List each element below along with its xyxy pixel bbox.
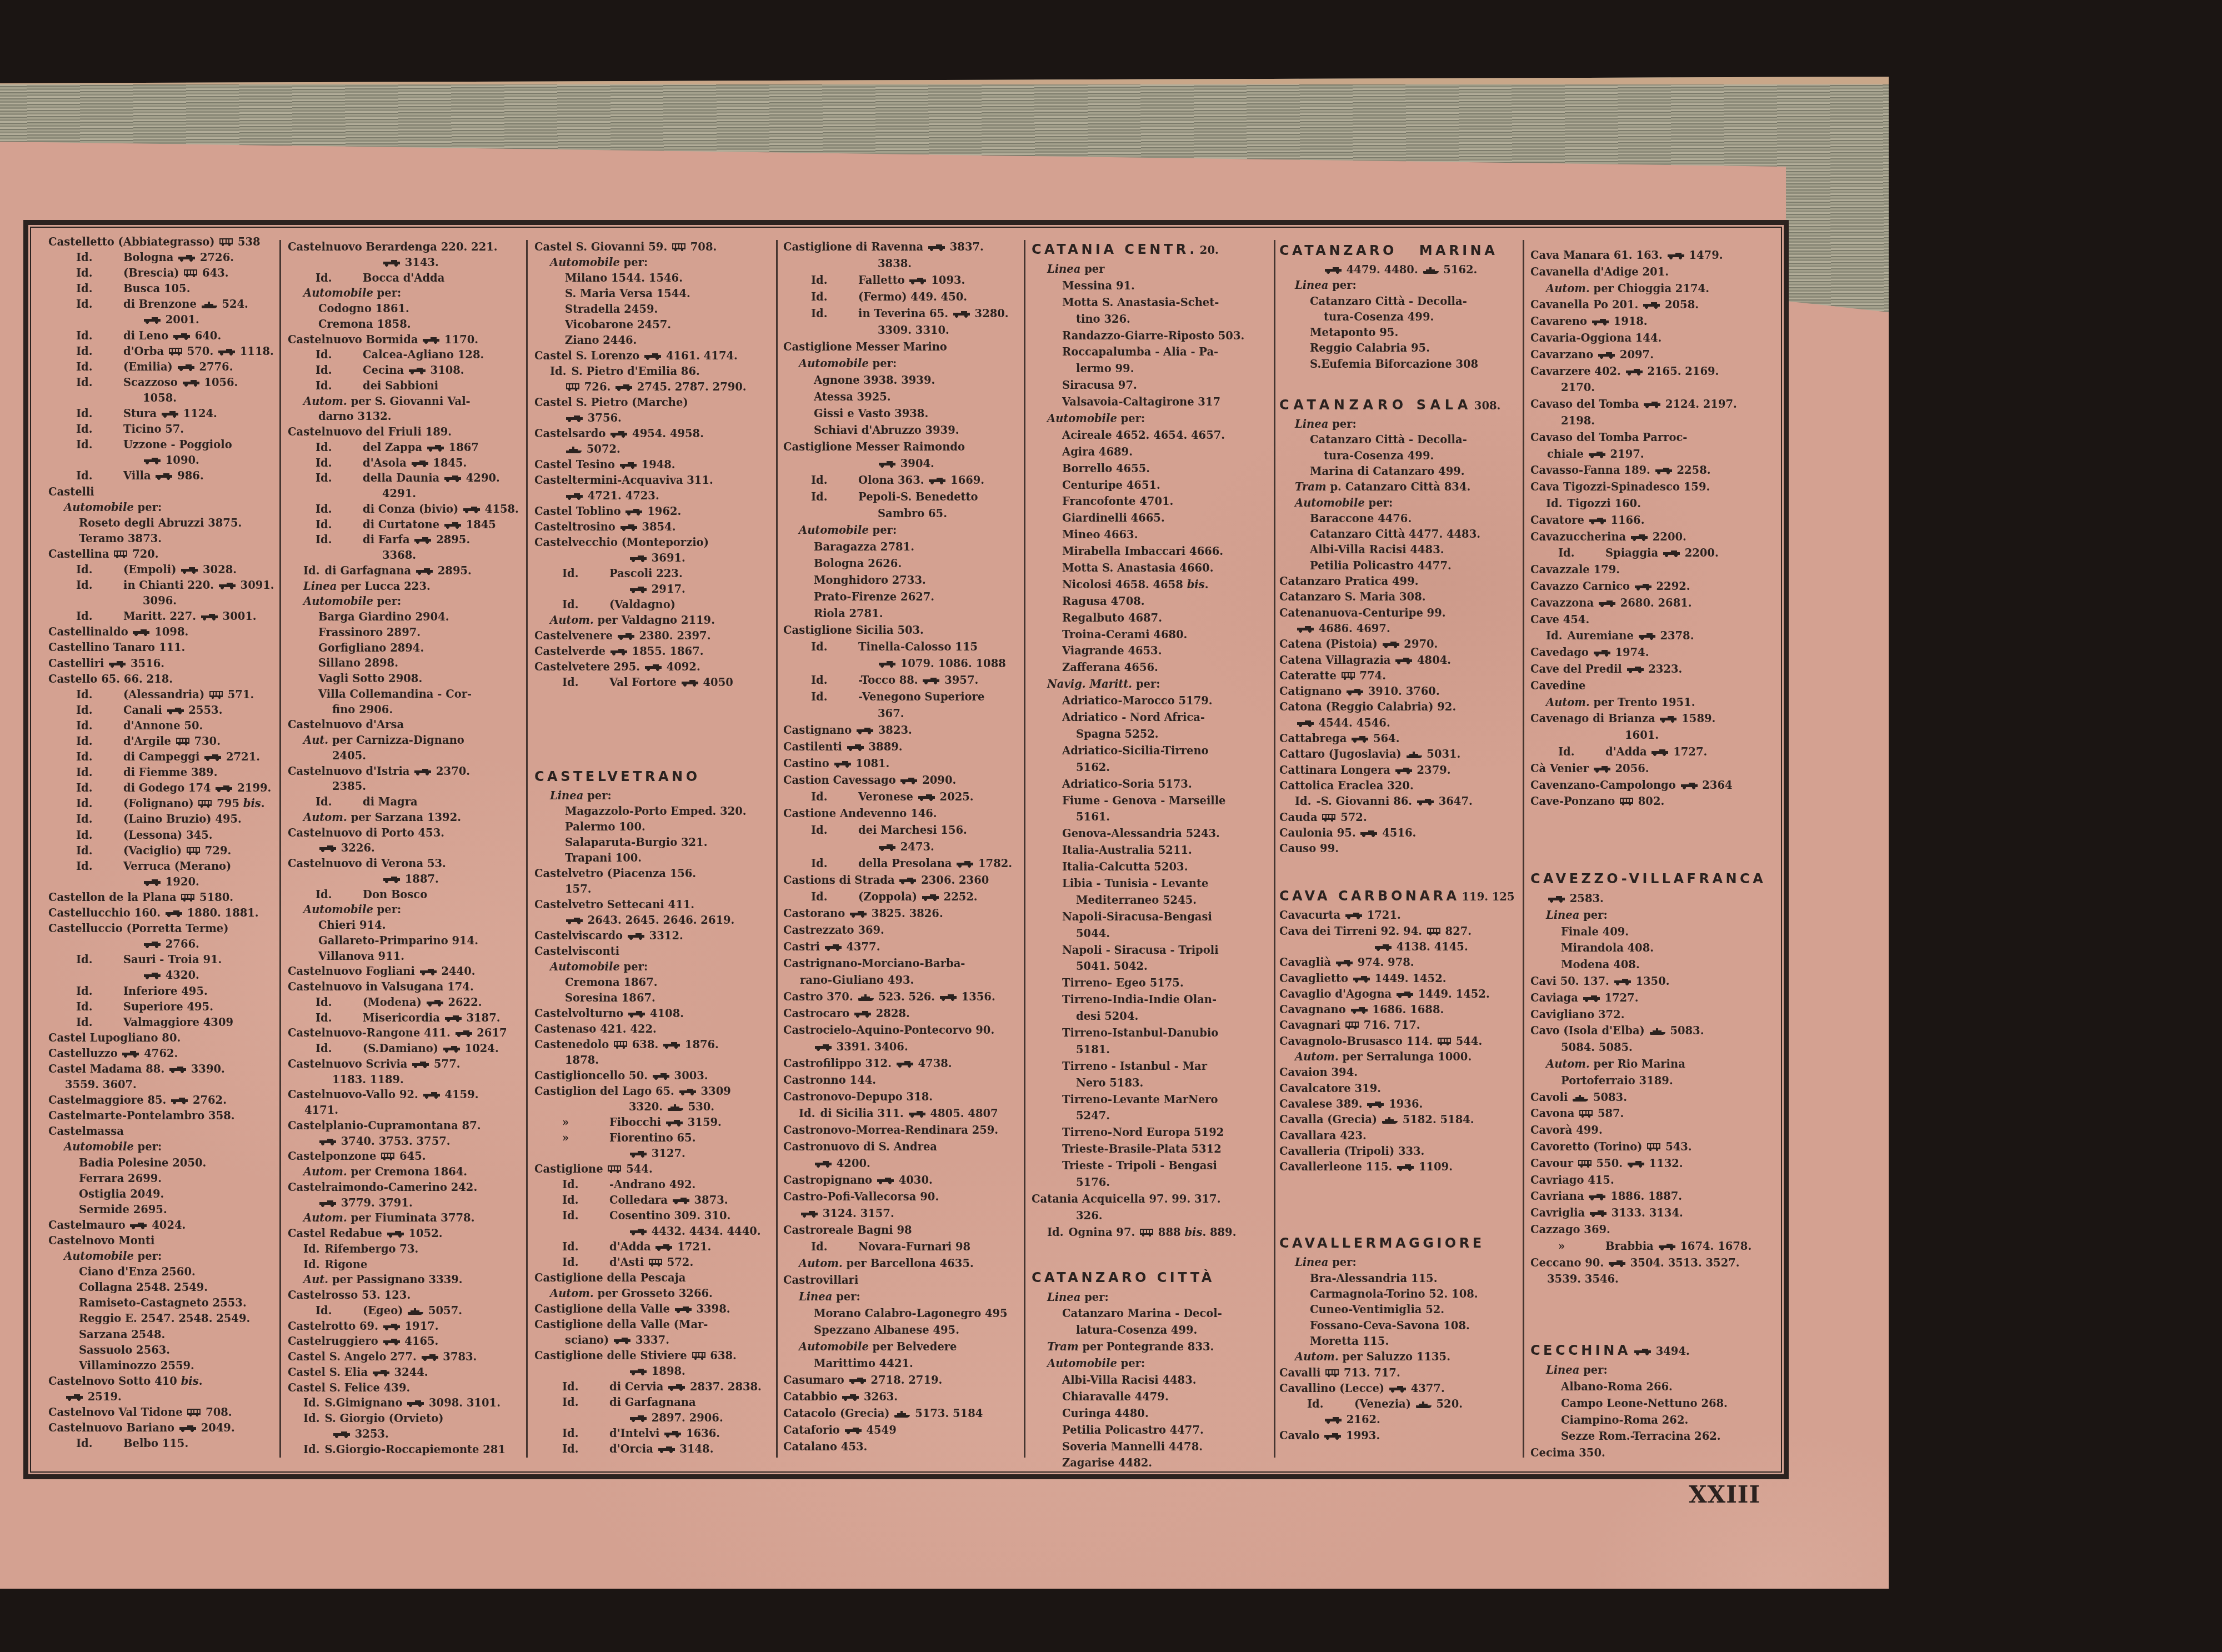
automobile-icon (1353, 976, 1370, 983)
entry-text: Cosentino 309. 310. (609, 1209, 730, 1222)
entry-text: Mirabella Imbaccari 4666. (1062, 545, 1223, 558)
station-entry: Castelliri 3516. (48, 656, 277, 672)
destination-entry: Curinga 4480. (1032, 1405, 1272, 1422)
automobile-icon (1639, 633, 1655, 640)
automobile-icon (1367, 1102, 1384, 1108)
station-subentry: Id.di Curtatone 1845 (288, 517, 524, 533)
station-entry: Castel S. Giovanni 59. 708. (534, 239, 774, 255)
station-entry: Castenaso 421. 422. (534, 1022, 774, 1037)
entry-text: 1058. (143, 392, 177, 404)
station-subentry: »Fibocchi 3159. (534, 1115, 774, 1130)
automobile-icon (167, 708, 184, 714)
station-entry: Castilenti 3889. (783, 739, 1022, 755)
entry-text: Castel Redabue 1052. (288, 1227, 443, 1240)
destination-entry: Salaparuta-Burgio 321. (534, 835, 774, 850)
station-entry: Castropignano 4030. (783, 1172, 1022, 1189)
automobile-icon (825, 944, 842, 951)
destination-entry: Baragazza 2781. (783, 539, 1022, 555)
entry-text: Castelvisconti (534, 945, 619, 958)
station-entry: Castelnuovo Bariano 2049. (48, 1420, 277, 1436)
continuation-line: 5161. (1032, 809, 1272, 825)
station-entry: Castelvisconti (534, 944, 774, 959)
station-subentry: Id.d'Adda 1727. (1530, 744, 1783, 760)
station-entry: Cavoli 5083. (1530, 1089, 1783, 1106)
entry-text: Finale 409. (1561, 925, 1629, 938)
station-subentry: Id.Tinella-Calosso 115 (783, 639, 1022, 655)
entry-text: Autom. per Chioggia 2174. (1546, 282, 1709, 295)
destination-entry: Morano Calabro-Lagonegro 495 (783, 1305, 1022, 1322)
entry-text: 20. (1200, 244, 1219, 257)
entry-text: Castino 1081. (783, 757, 889, 770)
station-entry: Castel Redabue 1052. (288, 1226, 524, 1241)
station-entry: Cavazzona 2680. 2681. (1530, 595, 1783, 612)
entry-text: 2519. (65, 1390, 122, 1403)
station-entry: Castiglione della Valle 3398. (534, 1301, 774, 1317)
service-label: Automobile per: (1032, 411, 1272, 427)
destination-entry: Teramo 3873. (48, 531, 277, 547)
entry-text: Colledara 3873. (609, 1194, 728, 1207)
station-subentry: Id.del Zappa 1867 (288, 440, 524, 455)
entry-text: Viagrande 4653. (1062, 644, 1162, 657)
destination-entry: darno 3132. (288, 409, 524, 424)
automobile-icon (1360, 830, 1377, 837)
continuation-line: 1887. (288, 872, 524, 887)
ditto-label: Id. (562, 597, 579, 613)
ditto-label: Id. (316, 455, 332, 471)
destination-entry: 2170. (1530, 379, 1783, 396)
entry-text: Cavagnano 1686. 1688. (1279, 1003, 1444, 1016)
entry-text: Cavalleria (Tripoli) 333. (1279, 1145, 1424, 1158)
tramway-icon (1342, 672, 1355, 680)
entry-text: Metaponto 95. (1310, 326, 1398, 339)
entry-text: Zafferana 4656. (1062, 661, 1158, 674)
destination-entry: Cremona 1867. (534, 975, 774, 990)
entry-text: Tirreno- Egeo 5175. (1062, 977, 1184, 989)
entry-text: Villanova 911. (318, 950, 404, 963)
service-label: Autom. per Sarzana 1392. (288, 810, 524, 825)
entry-text: Castellucchio 160. 1880. 1881. (48, 907, 259, 919)
destination-entry: 3226. (288, 840, 524, 856)
ditto-label: Id. (303, 1412, 320, 1425)
station-entry: Castiglioncello 50. 3003. (534, 1068, 774, 1084)
destination-entry: Milano 1544. 1546. (534, 271, 774, 286)
entry-text: 3559. 3607. (65, 1078, 137, 1091)
junction-heading: CATANZARO SALA308. (1279, 393, 1522, 417)
entry-text: Soresina 1867. (565, 992, 655, 1004)
entry-text: 2766. (143, 938, 199, 950)
station-subentry: Id.Olona 363. 1669. (783, 472, 1022, 489)
entry-text: Castronovo-Morrea-Rendinara 259. (783, 1124, 998, 1137)
station-subentry: Id.di Conza (bivio) 4158. (288, 502, 524, 517)
automobile-icon (630, 1369, 647, 1375)
entry-text: Castelnuovo Scrivia 577. (288, 1058, 461, 1070)
entry-text: 4432. 4434. 4440. (629, 1225, 761, 1238)
entry-text: Cauda 572. (1279, 811, 1367, 824)
entry-text: Castenedolo 638. 1876. (534, 1038, 719, 1051)
entry-text: Cavaglio d'Agogna 1449. 1452. (1279, 988, 1490, 1000)
entry-text: tino 326. (1076, 313, 1130, 326)
entry-text: 326. (1076, 1209, 1103, 1222)
entry-text: S. Giorgio (Orvieto) (325, 1412, 444, 1425)
station-entry: Castelmaggiore 85. 2762. (48, 1093, 277, 1108)
station-entry: Castello 65. 66. 218. (48, 672, 277, 687)
station-entry: Cavi 50. 137. 1350. (1530, 973, 1783, 990)
junction-heading: CAVA CARBONARA119. 125 (1279, 884, 1522, 908)
entry-text: S. Pietro d'Emilia 86. (572, 365, 700, 378)
entry-text: Scazzoso 1056. (123, 376, 238, 389)
automobile-icon (319, 1139, 336, 1145)
station-entry: Castel S. Felice 439. (288, 1380, 524, 1396)
station-entry: Castelraimondo-Camerino 242. (288, 1180, 524, 1195)
entry-text: Ognina 97. 888 bis. 889. (1069, 1226, 1237, 1239)
service-label: Linea per: (1279, 1255, 1522, 1270)
station-entry: Castelmassa (48, 1124, 277, 1139)
station-entry: Cavona 587. (1530, 1105, 1783, 1122)
automobile-icon (1599, 600, 1615, 607)
station-entry: Cavarzano 2097. (1530, 347, 1783, 363)
service-label: Automobile per: (48, 1139, 277, 1155)
automobile-icon (614, 1338, 630, 1344)
index-column-7: Cava Manara 61. 163. 1479.Cavanella d'Ad… (1530, 247, 1783, 1461)
destination-entry: Barga Giardino 2904. (288, 609, 524, 625)
ditto-label: Id. (1307, 1396, 1324, 1412)
entry-text: Automobile per: (1047, 1357, 1145, 1370)
entry-text: dei Sabbioni (363, 379, 438, 392)
automobile-icon (909, 278, 926, 284)
automobile-icon (1655, 468, 1672, 474)
service-label: Aut. per Carnizza-Dignano (288, 733, 524, 748)
entry-text: Autom. per Trento 1951. (1546, 696, 1695, 709)
station-subentry: Id.Valmaggiore 4309 (48, 1015, 277, 1030)
italic-text: Automobile (303, 903, 373, 916)
entry-text: Chieri 914. (318, 919, 386, 932)
entry-text: Trieste - Tripoli - Bengasi (1062, 1159, 1217, 1172)
station-entry: Castelrosso 53. 123. (288, 1288, 524, 1303)
continuation-line: 2897. 2906. (534, 1410, 774, 1426)
entry-text: Monghidoro 2733. (814, 574, 926, 587)
entry-text: Motta S. Anastasia-Schet- (1062, 296, 1219, 309)
entry-text: Valmaggiore 4309 (123, 1016, 233, 1029)
entry-text: Albi-Villa Racisi 4483. (1062, 1374, 1197, 1386)
automobile-icon (130, 1223, 147, 1229)
entry-text: Schiavi d'Abruzzo 3939. (814, 424, 959, 437)
station-subentry: »Brabbia 1674. 1678. (1530, 1238, 1783, 1255)
entry-text: Borrello 4655. (1062, 462, 1150, 475)
station-entry: Cavo (Isola d'Elba) 5083. (1530, 1023, 1783, 1039)
automobile-icon (628, 933, 644, 940)
station-entry: Castellino Tanaro 111. (48, 640, 277, 655)
automobile-icon (423, 1092, 440, 1099)
entry-text: di Garfagnana (609, 1396, 696, 1409)
automobile-icon (219, 583, 236, 589)
continuation-line: 1898. (534, 1364, 774, 1379)
entry-text: Castellon de la Plana 5180. (48, 891, 233, 904)
entry-text: 4171. (304, 1104, 338, 1117)
entry-text: Gissi e Vasto 3938. (814, 407, 928, 420)
service-label: Autom. per Barcellona 4635. (783, 1255, 1022, 1272)
station-subentry: Id.Bocca d'Adda (288, 271, 524, 286)
ditto-label: Id. (562, 1177, 579, 1193)
destination-entry: Bra-Alessandria 115. (1279, 1271, 1522, 1286)
entry-text: 5044. (1076, 927, 1110, 940)
italic-text: Autom. (1295, 1050, 1339, 1063)
automobile-icon (630, 1229, 647, 1235)
entry-text: Automobile per Belvedere (799, 1340, 957, 1353)
station-entry: Cateratte 774. (1279, 668, 1522, 684)
continuation-line: 326. (1032, 1208, 1272, 1224)
entry-text: Canali 2553. (123, 704, 222, 717)
automobile-icon (1643, 302, 1660, 309)
station-entry: Castrovillari (783, 1272, 1022, 1289)
automobile-icon (668, 1384, 685, 1391)
station-subentry: Id.Inferiore 495. (48, 984, 277, 999)
service-label: Automobile per: (1032, 1355, 1272, 1372)
tramway-icon (1620, 798, 1633, 805)
entry-text: Brabbia 1674. 1678. (1605, 1240, 1751, 1253)
italic-text: Linea (303, 580, 337, 593)
station-entry: Cavaglio d'Agogna 1449. 1452. (1279, 987, 1522, 1002)
destination-entry: S.Eufemia Biforcazione 308 (1279, 357, 1522, 372)
automobile-icon (918, 794, 935, 801)
station-subentry: Id.dei Marchesi 156. (783, 822, 1022, 839)
continuation-line: 2405. (288, 748, 524, 764)
station-subentry: Id.in Teverina 65. 3280. (783, 306, 1022, 322)
station-entry: Casteltermini-Acquaviva 311. (534, 473, 774, 488)
ditto-label: Id. (316, 887, 332, 903)
entry-text: Cattinara Longera 2379. (1279, 764, 1451, 777)
entry-text: Cavi 50. 137. 1350. (1530, 975, 1670, 988)
entry-text: Cavalo 1993. (1279, 1429, 1380, 1442)
station-entry: Castel Lupogliano 80. (48, 1030, 277, 1046)
continuation-line: 3368. (288, 548, 524, 563)
entry-text: Fibocchi 3159. (609, 1116, 722, 1129)
automobile-icon (444, 475, 461, 482)
entry-text: S. Maria Versa 1544. (565, 287, 690, 300)
continuation-line: tino 326. (1032, 311, 1272, 328)
entry-text: Codogno 1861. (318, 302, 409, 315)
station-entry: Castelnuovo Fogliani 2440. (288, 964, 524, 979)
automobile-icon (847, 744, 864, 751)
junction-heading: CAVEZZO-VILLAFRANCA (1530, 867, 1783, 890)
entry-text: Cavanella d'Adige 201. (1530, 266, 1669, 278)
entry-text: Morano Calabro-Lagonegro 495 (814, 1307, 1008, 1320)
entry-text: Castelnuovo Berardenga 220. 221. (288, 241, 498, 253)
station-entry: Cavenago di Brianza 1589. (1530, 710, 1783, 727)
junction-heading: CATANZARO MARINA (1279, 239, 1522, 262)
station-entry: Cattabrega 564. (1279, 731, 1522, 747)
station-entry: Castions di Strada 2306. 2360 (783, 872, 1022, 889)
entry-text: Cremona 1867. (565, 976, 658, 989)
entry-text: Albi-Villa Racisi 4483. (1310, 543, 1444, 556)
steamship-icon (1416, 1401, 1432, 1408)
entry-text: Castelmauro 4024. (48, 1219, 186, 1232)
entry-text: Cavaso del Tomba Parroc- (1530, 431, 1687, 444)
station-entry: Castel Tesino 1948. (534, 457, 774, 473)
ditto-label: Id. (303, 1443, 320, 1456)
entry-text: Cava Manara 61. 163. 1479. (1530, 249, 1723, 262)
entry-text: d'Orcia 3148. (609, 1443, 713, 1455)
entry-text: Magazzolo-Porto Emped. 320. (565, 805, 747, 818)
entry-text: (Lessona) 345. (123, 829, 213, 842)
automobile-icon (218, 349, 235, 356)
continuation-line: 4686. 4697. (1279, 621, 1522, 637)
entry-text: Cavoli 5083. (1530, 1091, 1627, 1104)
station-entry: Catona (Reggio Calabria) 92. (1279, 699, 1522, 715)
station-entry: Cazzago 369. (1530, 1222, 1783, 1238)
continuation-line: 5041. 5042. (1032, 958, 1272, 975)
italic-text: Automobile (64, 501, 134, 514)
ditto-label: Id. (303, 564, 320, 577)
entry-text: Tinella-Calosso 115 (858, 640, 978, 653)
automobile-icon (1347, 689, 1363, 695)
station-subentry: Id.di Garfagnana 2895. (288, 563, 524, 579)
station-subentry: Id.(Emilia) 2776. (48, 359, 277, 375)
entry-text: (Emilia) 2776. (123, 361, 233, 373)
destination-entry: Adriatico - Nord Africa- (1032, 709, 1272, 726)
station-subentry: Id.d'Orba 570. 1118. (48, 344, 277, 359)
entry-text: Casumaro 2718. 2719. (783, 1374, 942, 1386)
ditto-label: Id. (550, 365, 567, 378)
entry-text: Tirreno-India-Indie Olan- (1062, 993, 1217, 1006)
entry-text: 3691. (629, 552, 685, 564)
entry-text: Catanzaro S. Maria 308. (1279, 590, 1426, 603)
entry-text: Catabbio 3263. (783, 1390, 898, 1403)
ditto-label: » (562, 1115, 569, 1130)
station-subentry: Id.d'Argile 730. (48, 734, 277, 749)
tramway-icon (1647, 1143, 1660, 1151)
entry-text: Verruca (Merano) (123, 860, 231, 873)
station-entry: Castel S. Elia 3244. (288, 1365, 524, 1380)
entry-text: Stradella 2459. (565, 303, 658, 316)
ditto-label: Id. (562, 1255, 579, 1270)
station-subentry: Id.Bologna 2726. (48, 250, 277, 266)
entry-text: 3096. (143, 594, 177, 607)
entry-text: Falletto 1093. (858, 274, 965, 287)
destination-entry: Napoli-Siracusa-Bengasi (1032, 909, 1272, 925)
station-entry: Castelsardo 4954. 4958. (534, 426, 774, 442)
entry-text: Milano 1544. 1546. (565, 272, 683, 284)
entry-text: Castrezzato 369. (783, 924, 884, 937)
service-label: Automobile per: (783, 356, 1022, 372)
entry-text: Sezze Rom.-Terracina 262. (1561, 1430, 1721, 1443)
automobile-icon (1352, 736, 1368, 743)
entry-text: sciano) 3337. (565, 1334, 669, 1346)
destination-entry: 726. 2745. 2787. 2790. (534, 379, 774, 395)
ditto-label: Id. (76, 749, 93, 765)
entry-text: Autom. per Fiuminata 3778. (303, 1212, 474, 1224)
entry-text: Cazzago 369. (1530, 1223, 1610, 1236)
destination-entry: Tirreno-India-Indie Olan- (1032, 992, 1272, 1008)
station-subentry: Id.di Campeggi 2721. (48, 749, 277, 765)
ditto-label: Id. (811, 272, 828, 289)
automobile-icon (1668, 253, 1684, 259)
ditto-label: Id. (76, 437, 93, 453)
entry-text: Castiglione di Ravenna 3837. (783, 241, 984, 253)
station-entry: Cavalli 713. 717. (1279, 1365, 1522, 1381)
automobile-icon (144, 942, 161, 948)
continuation-line: 4291. (288, 486, 524, 502)
entry-text: di Fiemme 389. (123, 766, 217, 779)
entry-text: Castronuovo di S. Andrea (783, 1140, 937, 1153)
entry-text: Linea per: (550, 789, 612, 802)
entry-text: Calcea-Agliano 128. (363, 348, 484, 361)
automobile-icon (412, 1062, 429, 1068)
ditto-label: Id. (76, 250, 93, 266)
service-label: Linea per (1032, 261, 1272, 278)
automobile-icon (957, 861, 973, 868)
continuation-line: 1601. (1530, 727, 1783, 744)
station-entry: Castellucchio 160. 1880. 1881. (48, 905, 277, 921)
station-entry: Castellina 720. (48, 547, 277, 562)
destination-entry: Petilia Policastro 4477. (1279, 558, 1522, 574)
entry-text: Siracusa 97. (1062, 379, 1137, 392)
automobile-icon (178, 364, 194, 371)
tramway-icon (649, 1259, 662, 1266)
entry-text: Autom. per Saluzzo 1135. (1295, 1350, 1450, 1363)
ditto-label: Id. (1546, 629, 1563, 642)
ditto-label: Id. (316, 470, 332, 486)
service-label: Linea per: (1530, 1362, 1783, 1379)
automobile-icon (815, 1044, 832, 1051)
station-entry: Castiglione di Ravenna 3837. (783, 239, 1022, 256)
station-entry: Cave del Predil 2323. (1530, 661, 1783, 678)
entry-text: Italia-Australia 5211. (1062, 844, 1192, 857)
entry-text: Castelmarte-Pontelambro 358. (48, 1109, 235, 1122)
destination-entry: Genova-Alessandria 5243. (1032, 825, 1272, 842)
automobile-icon (1548, 896, 1565, 903)
entry-text: Cavarzere 402. 2165. 2169. (1530, 365, 1719, 378)
entry-text: Castelsardo 4954. 4958. (534, 427, 704, 440)
entry-text: (Venezia) 520. (1354, 1398, 1463, 1410)
entry-text: Catanzaro Città - Decolla- (1310, 433, 1467, 446)
entry-text: Ferrara 2699. (79, 1172, 162, 1185)
entry-text: Trieste-Brasile-Plata 5312 (1062, 1143, 1222, 1155)
entry-text: -Andrano 492. (609, 1178, 695, 1191)
ditto-label: Id. (76, 375, 93, 391)
entry-text: Rifembergo 73. (325, 1243, 419, 1255)
entry-text: Busca 105. (123, 282, 190, 295)
service-label: Automobile per: (534, 959, 774, 975)
destination-entry: 3756. (534, 411, 774, 426)
station-entry: Cattinara Longera 2379. (1279, 763, 1522, 778)
station-entry: Castelnuovo del Friuli 189. (288, 424, 524, 440)
station-entry: Castelvetere 295. 4092. (534, 659, 774, 675)
entry-text: Castro-Pofi-Vallecorsa 90. (783, 1190, 939, 1203)
station-entry: Castelnuovo Berardenga 220. 221. (288, 239, 524, 255)
station-subentry: Id.di Garfagnana (534, 1395, 774, 1410)
service-label: Autom. per Rio Marina (1530, 1056, 1783, 1073)
automobile-icon (630, 587, 647, 593)
station-entry: Catenanuova-Centuripe 99. (1279, 605, 1522, 621)
station-entry: Cavaglià 974. 978. (1279, 955, 1522, 970)
automobile-icon (953, 311, 970, 318)
destination-entry: Siracusa 97. (1032, 377, 1272, 394)
automobile-icon (1681, 783, 1698, 789)
service-label: Autom. per S. Giovanni Val- (288, 394, 524, 409)
entry-text: Cuneo-Ventimiglia 52. (1310, 1303, 1444, 1316)
entry-text: Napoli - Siracusa - Tripoli (1062, 944, 1219, 957)
entry-text: desi 5204. (1076, 1010, 1138, 1023)
automobile-icon (201, 614, 218, 620)
entry-text: Castel Madama 88. 3390. (48, 1063, 225, 1075)
italic-text: Tram (1295, 480, 1327, 493)
heading-title: CATANIA CENTR. (1032, 242, 1198, 257)
destination-entry: Albi-Villa Racisi 4483. (1032, 1372, 1272, 1389)
entry-text: Castelviscardo 3312. (534, 929, 683, 942)
service-label: Autom. per Saluzzo 1135. (1279, 1349, 1522, 1365)
entry-text: Automobile per: (64, 1250, 162, 1263)
station-entry: Caviaga 1727. (1530, 990, 1783, 1007)
